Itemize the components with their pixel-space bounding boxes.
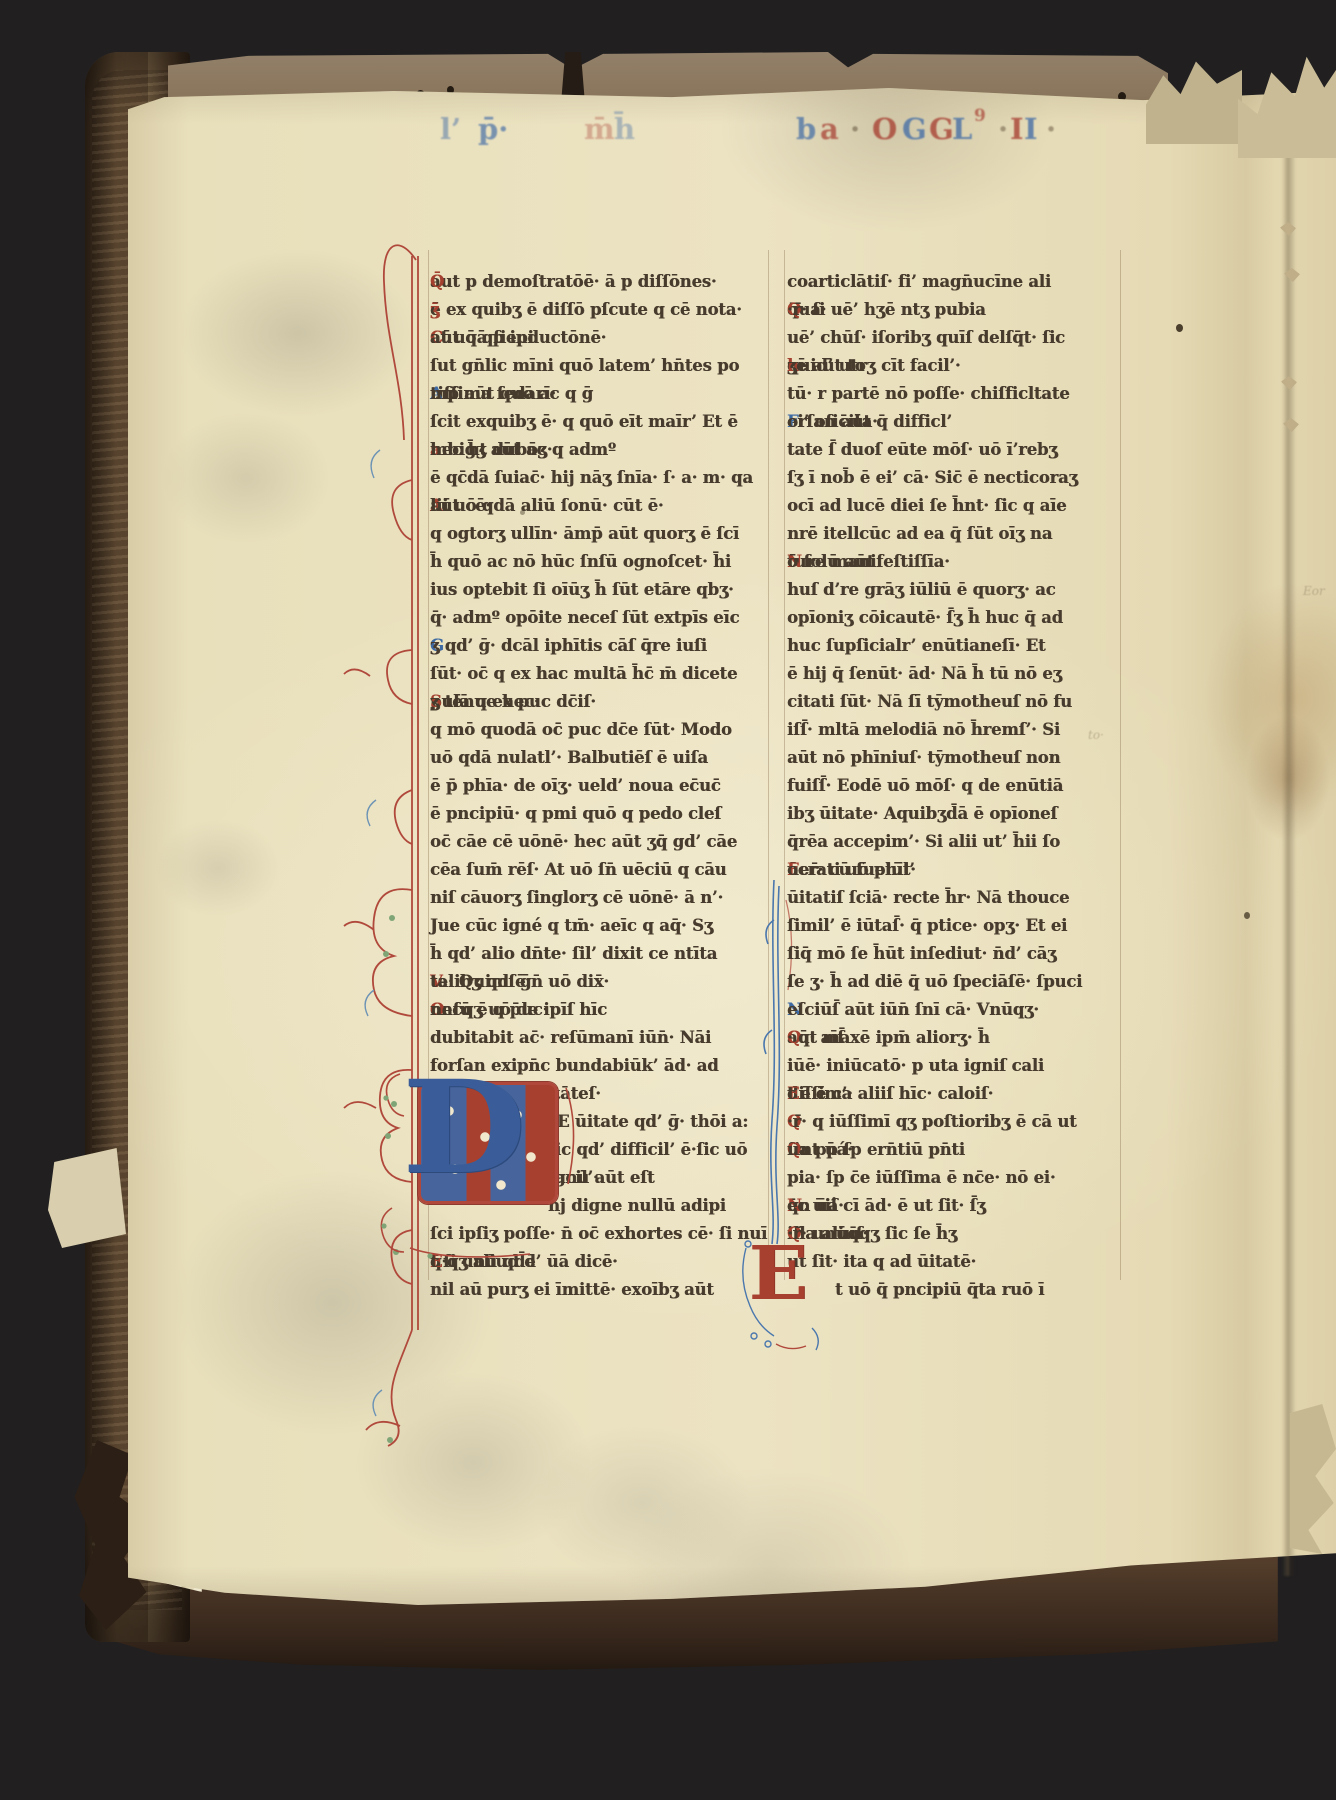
marginal-note: Eor <box>1303 584 1325 598</box>
marginal-note: to· <box>1088 728 1104 742</box>
marginalia-layer: Eorto· <box>0 0 1336 1800</box>
manuscript-photo: l’p̄·m̄h̄ba·OGGL9·II· <box>0 0 1336 1800</box>
